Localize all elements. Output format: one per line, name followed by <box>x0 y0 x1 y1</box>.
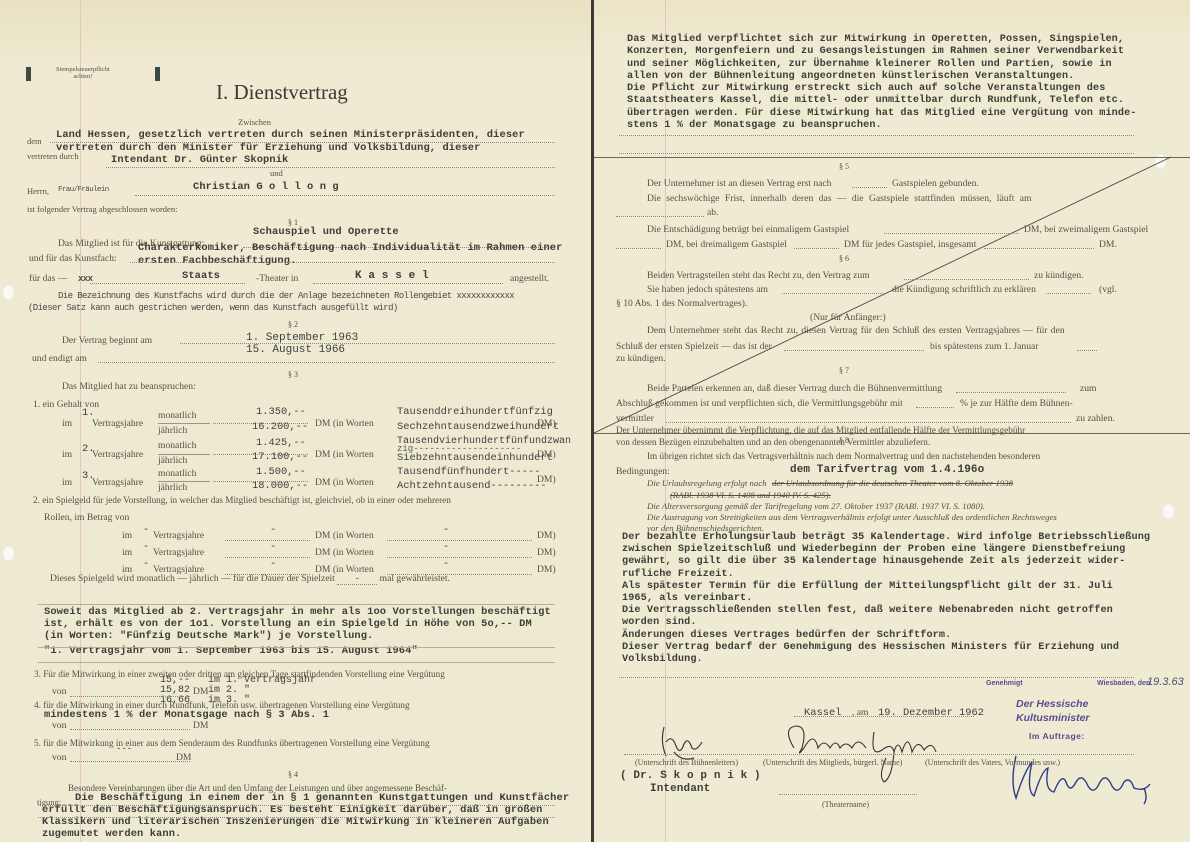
beginner-termination-b: Schluß der ersten Spielzeit — das ist de… <box>616 341 772 352</box>
note-text: Dieses Spielgeld wird monatlich — jährli… <box>50 573 335 584</box>
vertragsjahre-label: Vertragsjahre <box>92 477 143 488</box>
yearly-in-words: Sechzehntausendzweihundert <box>397 421 559 433</box>
obligations-typed: Das Mitglied verpflichtet sich zur Mitwi… <box>627 34 1137 132</box>
compensation-text-c: DM, bei dreimaligem Gastspiel <box>666 239 787 250</box>
fill-line <box>666 422 1071 423</box>
tariff-agreement: dem Tarifvertrag vom 1.4.196o <box>790 464 984 476</box>
yearly-in-words: Siebzehntausendeinhundert <box>397 452 553 464</box>
section-4-heading: § 4 <box>288 770 298 779</box>
fill-line <box>916 407 954 408</box>
performance-fee-item: 2. ein Spielgeld für jede Vorstellung, i… <box>33 495 451 505</box>
notice-text: Sie haben jedoch spätestens am <box>647 284 768 295</box>
fill-line <box>38 817 555 818</box>
end-date: 15. August 1966 <box>246 344 345 356</box>
dm-label: DM <box>193 686 208 697</box>
art-specialty-label: und für das Kunstfach: <box>29 253 117 264</box>
fill-line <box>904 279 1029 280</box>
agency-text: Beide Parteien erkennen an, daß dieser V… <box>647 383 942 394</box>
ab-label: ab. <box>707 207 718 218</box>
fill-line <box>70 696 190 697</box>
stamp-note-line: achten! <box>56 73 110 80</box>
termination-text-b: zu kündigen. <box>1034 270 1084 281</box>
addendum-line: ist, erhält es von der 1o1. Vorstellung … <box>44 618 551 630</box>
compensation-text-d: DM für jedes Gastspiel, insgesamt <box>844 239 976 250</box>
agreement-line: Die Beschäftigung in einem der in § 1 ge… <box>42 792 569 804</box>
member-name: Christian G o l l o n g <box>193 181 339 193</box>
divider <box>38 604 555 605</box>
contract-year: - <box>143 524 149 536</box>
divider <box>158 423 210 424</box>
fee-amount: - <box>270 524 276 536</box>
fill-line <box>225 557 310 558</box>
theater-label: -Theater in <box>256 273 298 284</box>
signature-line <box>624 754 1134 755</box>
note-count: - <box>337 573 377 585</box>
compensation-text-b: DM, bei zweimaligem Gastspiel <box>1024 224 1148 235</box>
agency-withholding-b: von dessen Bezügen einzubehalten und an … <box>616 437 930 447</box>
obligation-line: Staatstheaters Kassel, die mittel- oder … <box>627 95 1137 107</box>
condition-line: rufliche Freizeit. <box>622 569 1150 581</box>
im-label: im <box>62 477 72 488</box>
dm-close: DM) <box>537 547 556 558</box>
fill-line <box>1046 293 1091 294</box>
condition-line: Volksbildung. <box>622 654 1150 666</box>
condition-line: Dieser Vertrag bedarf der Genehmigung de… <box>622 642 1150 654</box>
monthly-in-words: Tausenddreihundertfünfzig <box>397 406 553 418</box>
fill-line <box>782 293 887 294</box>
monthly-salary: 1.425,-- <box>256 437 306 449</box>
section-5-heading: § 5 <box>839 162 849 171</box>
obligation-line: Das Mitglied verpflichtet sich zur Mitwi… <box>627 34 1137 46</box>
stamp-note-line: Stempelsteuerpflicht <box>56 66 110 73</box>
yearly-label: jährlich <box>158 455 187 466</box>
addendum-line: Soweit das Mitglied ab 2. Vertragsjahr i… <box>44 606 551 618</box>
fill-line <box>70 761 190 762</box>
beginner-termination-c: bis spätestens zum 1. Januar <box>930 341 1038 352</box>
art-specialty-line-1: Charakterkomiker, Beschäftigung nach Ind… <box>138 242 562 254</box>
von-label: von <box>52 686 66 697</box>
angestellt-label: angestellt. <box>510 273 549 284</box>
struck-salutation: Frau/Fräulein <box>58 186 109 194</box>
employer-representative: Intendant Dr. Günter Skopnik <box>111 154 288 166</box>
fee-in-words: - <box>443 541 449 553</box>
fill-line <box>180 343 555 344</box>
fill-line <box>616 248 661 249</box>
fuer-das-label: für das — <box>29 273 67 284</box>
on-behalf-stamp: Im Auftrage: <box>1029 731 1085 741</box>
im-label: im <box>62 449 72 460</box>
condition-line: Die Vertragsschließenden stellen fest, d… <box>622 605 1150 617</box>
dm-in-words-label: DM (in Worten <box>315 418 374 429</box>
ministry-stamp: Der Hessische Kultusminister <box>1016 697 1090 725</box>
performance-fee-note: Dieses Spielgeld wird monatlich — jährli… <box>50 573 450 585</box>
section-8-heading: § 8 <box>839 436 849 445</box>
punch-hole <box>2 284 15 301</box>
obligation-line: stens 1 % der Monatsgage zu beanspruchen… <box>627 120 1137 132</box>
dm-close: DM) <box>537 474 556 485</box>
theatername-label: (Theatername) <box>822 800 869 809</box>
dm-in-words-label: DM (in Worten <box>315 530 374 541</box>
divider <box>38 662 555 663</box>
director-signature <box>654 722 714 762</box>
obligation-line: Die Pflicht zur Mitwirkung erstreckt sic… <box>627 83 1137 95</box>
condition-line: worden sind. <box>622 617 1150 629</box>
punch-hole <box>1162 503 1175 520</box>
fill-line <box>619 153 1134 154</box>
von-label: von <box>52 720 66 731</box>
fill-line <box>852 187 887 188</box>
divider <box>38 647 555 648</box>
fill-line <box>956 392 1066 393</box>
broadcast-fee-typed: mindestens 1 % der Monatsgage nach § 3 A… <box>44 709 329 721</box>
vertragsjahre-label: Vertragsjahre <box>92 449 143 460</box>
fill-line <box>794 248 839 249</box>
herrn-label: Herrn, <box>27 186 49 196</box>
performance-fee-item-cont: Rollen, im Betrag von <box>44 512 129 523</box>
condition-line: zwischen Spielzeitschluß und Wiederbegin… <box>622 544 1150 556</box>
fill-line <box>616 216 704 217</box>
fill-line <box>130 262 555 263</box>
agency-fee-text: Abschluß gekommen ist und verpflichten s… <box>616 398 903 409</box>
dem-label: dem <box>27 136 42 146</box>
monthly-salary: 1.500,-- <box>256 466 306 478</box>
yearly-salary: 16.200,-- <box>252 421 308 433</box>
stamp-marker <box>26 67 31 81</box>
obligation-line: allen von der Bühnenleitung angeordneten… <box>627 71 1137 83</box>
contract-page-left: Stempelsteuerpflicht achten! I. Dienstve… <box>0 0 592 842</box>
contract-page-right: Das Mitglied verpflichtet sich zur Mitwi… <box>594 0 1190 842</box>
dispute-rule: Die Austragung von Streitigkeiten aus de… <box>647 512 1057 522</box>
notice-text-c: (vgl. <box>1099 284 1117 295</box>
studio-broadcast-value: --- <box>116 744 132 754</box>
compensation-text-e: DM. <box>1099 239 1117 250</box>
dm-label: DM <box>176 752 191 763</box>
condition-line: gewährt, so gilt die über 35 Kalendertag… <box>622 556 1150 568</box>
fill-line <box>98 362 555 363</box>
special-conditions-typed: Der bezahlte Erholungsurlaub beträgt 35 … <box>622 532 1150 666</box>
agreement-line: zugemutet werden kann. <box>42 828 569 840</box>
obligation-line: Konzerten, Morgenfeiern und zu Gesangsle… <box>627 46 1137 58</box>
fill-line <box>106 167 555 168</box>
notice-reference: § 10 Abs. 1 des Normalvertrages). <box>616 298 747 309</box>
fill-line <box>387 540 532 541</box>
pension-rule: Die Altersversorgung gemäß der Tarifrege… <box>647 501 985 511</box>
fill-line <box>619 135 1134 136</box>
fee-amount: - <box>270 558 276 570</box>
agency-fee-text-b: % je zur Hälfte dem Bühnen- <box>960 398 1073 409</box>
typed-addendum: Soweit das Mitglied ab 2. Vertragsjahr i… <box>44 606 551 657</box>
beginners-note: (Nur für Anfänger:) <box>810 312 886 323</box>
von-label: von <box>52 752 66 763</box>
addendum-line: (in Worten: "Fünfzig Deutsche Mark") je … <box>44 630 551 642</box>
fill-line <box>225 540 310 541</box>
page-title: I. Dienstvertrag <box>216 80 348 105</box>
yearly-label: jährlich <box>158 482 187 493</box>
theatername-line <box>779 794 917 795</box>
yearly-salary: 18.000,-- <box>252 480 308 492</box>
vertragsjahre-label: Vertragsjahre <box>153 547 204 558</box>
conditions-label: Bedingungen: <box>616 466 670 477</box>
art-genre-value: Schauspiel und Operette <box>253 226 399 238</box>
director-title-typed: Intendant <box>650 783 710 795</box>
yearly-label: jährlich <box>158 425 187 436</box>
art-specialty-line-2: ersten Fachbeschäftigung. <box>138 255 296 267</box>
dm-in-words-label: DM (in Worten <box>315 477 374 488</box>
normal-contract-text: Im übrigen richtet sich das Vertragsverh… <box>647 451 1040 461</box>
director-name-typed: ( Dr. S k o p n i k ) <box>620 770 761 782</box>
fill-line <box>619 677 1134 678</box>
condition-line: Änderungen dieses Vertrages bedürfen der… <box>622 630 1150 642</box>
monthly-label: monatlich <box>158 440 196 451</box>
vacation-rule: Die Urlaubsregelung erfolgt nach <box>647 478 767 488</box>
agency-text-b: zum <box>1080 383 1097 394</box>
approved-stamp: Genehmigt <box>986 680 1023 687</box>
vacation-rule-struck-ref: (RABl. 1938 VI. S. 1408 und 1940 IV. S. … <box>670 490 831 500</box>
employer-line-2: vertreten durch den Minister für Erziehu… <box>56 142 480 154</box>
stamp-tax-note: Stempelsteuerpflicht achten! <box>56 66 110 80</box>
member-signature <box>774 718 954 788</box>
fill-line <box>984 248 1094 249</box>
beginner-termination-d: zu kündigen. <box>616 353 666 364</box>
fill-line <box>387 557 532 558</box>
und-label: und <box>270 168 283 178</box>
beginner-termination: Dem Unternehmer steht das Recht zu, dies… <box>647 325 1065 336</box>
condition-line: Als spätester Termin für die Erfüllung d… <box>622 581 1150 593</box>
yearly-salary: 17.100,-- <box>252 451 308 463</box>
obligation-line: und seiner Möglichkeiten, zur Übernahme … <box>627 59 1137 71</box>
wiesbaden-stamp: Wiesbaden, den <box>1097 680 1150 687</box>
dm-in-words-label: DM (in Worten <box>315 449 374 460</box>
guest-bound-text: Der Unternehmer ist an diesen Vertrag er… <box>647 178 831 189</box>
monthly-label: monatlich <box>158 410 196 421</box>
fill-line <box>884 233 1019 234</box>
section-7-heading: § 7 <box>839 366 849 375</box>
guest-bound-text-b: Gastspielen gebunden. <box>892 178 979 189</box>
fee-in-words: - <box>443 558 449 570</box>
start-date-label: Der Vertrag beginnt am <box>62 335 152 346</box>
end-date-label: und endigt am <box>32 353 87 364</box>
entitlements-intro: Das Mitglied hat zu beanspruchen: <box>62 381 196 392</box>
agency-payee-label: vermittler <box>616 413 654 424</box>
im-label: im <box>122 530 132 541</box>
fill-line <box>794 716 974 717</box>
dm-close: DM) <box>537 449 556 460</box>
theater-city: K a s s e l <box>355 270 429 282</box>
condition-line: Der bezahlte Erholungsurlaub beträgt 35 … <box>622 532 1150 544</box>
dm-label: DM <box>193 720 208 731</box>
fee-in-words: - <box>443 524 449 536</box>
section-2-heading: § 2 <box>288 320 298 329</box>
section-3-heading: § 3 <box>288 370 298 379</box>
employer-line-1: Land Hessen, gesetzlich vertreten durch … <box>56 129 525 141</box>
contract-intro: ist folgender Vertrag abgeschlossen word… <box>27 204 177 214</box>
punch-hole <box>2 545 15 562</box>
fill-line <box>38 805 555 806</box>
compensation-text: Die Entschädigung beträgt bei einmaligem… <box>647 224 849 235</box>
dm-close: DM) <box>537 418 556 429</box>
studio-broadcast-item: 5. für die Mitwirkung in einer aus dem S… <box>34 738 430 748</box>
vertragsjahre-label: Vertragsjahre <box>92 418 143 429</box>
contract-year: - <box>143 541 149 553</box>
section-divider <box>594 433 1190 434</box>
im-label: im <box>122 547 132 558</box>
termination-text: Beiden Vertragsteilen steht das Recht zu… <box>647 270 870 281</box>
monthly-label: monatlich <box>158 468 196 479</box>
fill-line <box>1077 350 1097 351</box>
fill-line <box>70 729 190 730</box>
guardian-signature-label: (Unterschrift des Vaters, Vormundes usw.… <box>925 758 1060 767</box>
director-signature-label: (Unterschrift des Bühnenleiters) <box>635 758 738 767</box>
monthly-salary: 1.350,-- <box>256 406 306 418</box>
stamp-marker <box>155 67 160 81</box>
struck-clause-line-1: Die Bezeichnung des Kunstfachs wird durc… <box>58 291 514 301</box>
dm-close: DM) <box>537 564 556 575</box>
im-label: im <box>62 418 72 429</box>
notice-text-b: die Kündigung schriftlich zu erklären <box>892 284 1036 295</box>
special-agreements-typed: Die Beschäftigung in einem der in § 1 ge… <box>42 792 569 840</box>
fill-line <box>90 283 245 284</box>
dm-in-words-label: DM (in Worten <box>315 547 374 558</box>
approval-date-handwritten: 19.3.63 <box>1147 676 1184 688</box>
member-signature-label: (Unterschrift des Mitglieds, bürgerl. Na… <box>763 758 902 767</box>
note-text: mal gewährleistet. <box>380 573 450 584</box>
fill-line <box>135 195 555 196</box>
vertreten-label: vertreten durch <box>27 151 79 161</box>
obligation-line: übertragen werden. Für diese Mitwirkung … <box>627 108 1137 120</box>
condition-line: 1965, als vereinbart. <box>622 593 1150 605</box>
fill-line <box>784 350 924 351</box>
dm-close: DM) <box>537 530 556 541</box>
fee-amount: - <box>270 541 276 553</box>
ministry-line: Der Hessische <box>1016 697 1090 711</box>
section-6-heading: § 6 <box>839 254 849 263</box>
struck-clause-line-2: (Dieser Satz kann auch gestrichen werden… <box>28 303 398 313</box>
ministry-line: Kultusminister <box>1016 711 1090 725</box>
contract-year: - <box>143 558 149 570</box>
fill-line <box>313 283 503 284</box>
vacation-rule-struck: der Urlaubsordnung für die deutschen The… <box>772 478 1013 488</box>
agency-payee-text: zu zahlen. <box>1076 413 1115 424</box>
monthly-in-words: Tausendfünfhundert----- <box>397 466 540 478</box>
theater-type: Staats <box>182 270 220 282</box>
zwischen-label: Zwischen <box>238 117 271 127</box>
yearly-in-words: Achtzehntausend--------- <box>397 480 547 492</box>
six-week-text: Die sechswöchige Frist, innerhalb deren … <box>647 193 1032 204</box>
vertragsjahre-label: Vertragsjahre <box>153 530 204 541</box>
